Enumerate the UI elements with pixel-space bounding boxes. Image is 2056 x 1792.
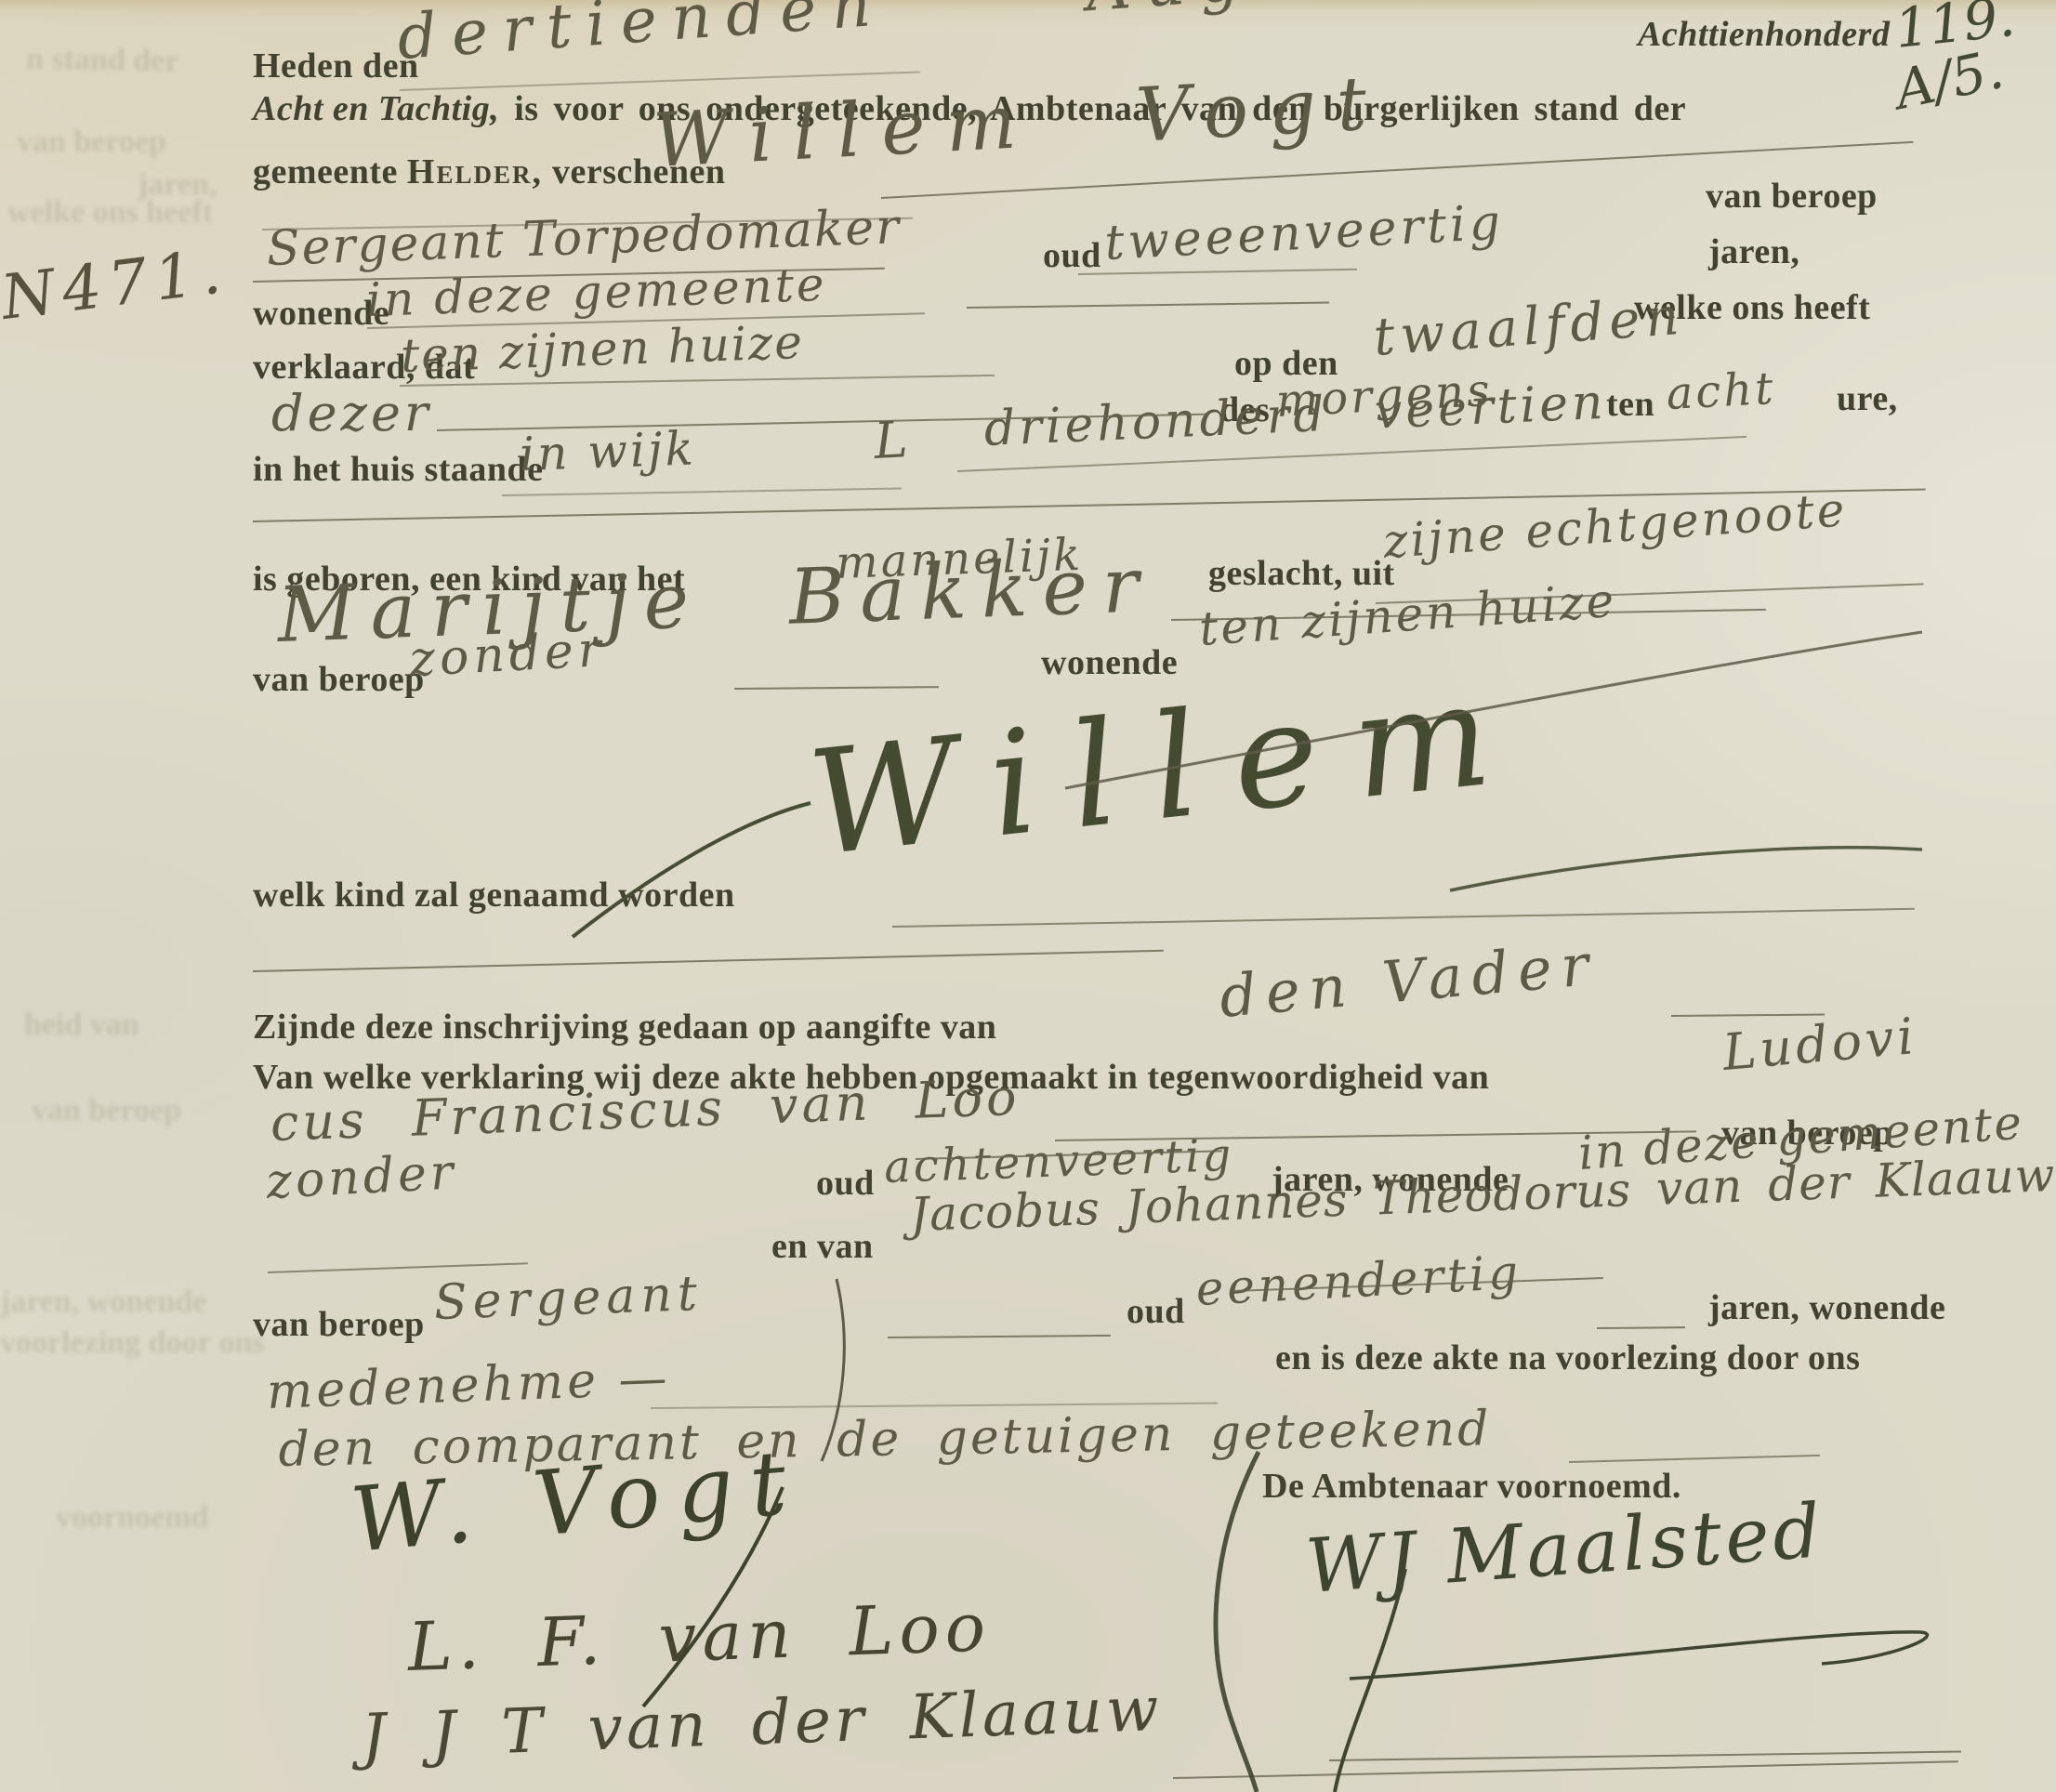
hw-age: tweeenveertig: [1103, 199, 1505, 268]
label-ten: ten: [1606, 387, 1654, 422]
hw-witness2-occupation: Sergeant: [433, 1270, 703, 1327]
rule-after-witness2-age: [1597, 1326, 1685, 1329]
ghost-text: van beroep: [32, 1095, 181, 1127]
label-heden-den: Heden den: [253, 48, 419, 84]
hw-hour: acht: [1665, 366, 1776, 416]
rule-above-aangifte: [253, 950, 1164, 972]
hw-wijk-letter: L: [873, 415, 909, 467]
official-signature-bracket: [1216, 1452, 1259, 1792]
label-geslacht-uit: geslacht, uit: [1208, 556, 1395, 591]
act-number: N471.: [0, 241, 231, 329]
hw-birthday: twaalfden: [1372, 291, 1686, 364]
ghost-text: n stand der: [26, 44, 179, 78]
hw-closing-a: medenehme —: [266, 1354, 671, 1416]
ghost-text: voorlezing door ons: [0, 1327, 265, 1359]
label-gemeente: gemeente: [253, 152, 407, 191]
hw-child-name: Willem: [803, 658, 1532, 876]
hw-birthplace: ten zijnen huize: [400, 319, 804, 379]
signature-witness2: J J T van der Klaauw: [361, 1679, 1164, 1768]
hw-mother-occupation: zonder: [408, 626, 607, 684]
signature-witness1: L. F. van Loo: [406, 1593, 992, 1680]
label-oud-2: oud: [816, 1166, 875, 1201]
hw-dezer: dezer: [271, 389, 432, 439]
rule-under-wijk: [502, 487, 902, 496]
rule-after-mother-occupation: [734, 686, 939, 690]
ghost-text: heid van: [24, 1009, 139, 1041]
hw-witness1-a: Ludovi: [1720, 1011, 1918, 1078]
hw-declarant-name: Willem Vogt: [652, 66, 1389, 178]
child-name-lead-stroke: [573, 803, 811, 937]
hw-witness1-occupation: zonder: [265, 1148, 458, 1206]
label-van-beroep-4: van beroep: [253, 1307, 425, 1342]
label-oud-1: oud: [1043, 238, 1101, 273]
signature-official: WJ Maalsted: [1303, 1494, 1826, 1604]
hw-informant: den Vader: [1218, 936, 1601, 1026]
rule-bottom-upper: [1329, 1751, 1961, 1761]
label-oud-3: oud: [1127, 1294, 1185, 1329]
child-name-tail-stroke: [1450, 848, 1922, 890]
rule-under-child-name: [892, 908, 1915, 928]
hw-date: dertienden Augustus: [395, 0, 1496, 69]
label-van-beroep-1: van beroep: [1706, 178, 1878, 214]
label-jaren-wonende-2: jaren, wonende: [1708, 1290, 1945, 1325]
hw-wijk: in wijk: [519, 425, 696, 478]
ghost-text: voornoemd: [56, 1502, 208, 1534]
label-aangifte: Zijnde deze inschrijving gedaan op aangi…: [253, 1009, 996, 1045]
ghost-text: van beroep: [17, 126, 166, 158]
ghost-text: jaren, wonende: [0, 1286, 206, 1318]
birth-certificate-scan: n stand der van beroep jaren, welke ons …: [0, 0, 2056, 1792]
rule-after-residence: [967, 302, 1329, 309]
hw-witness2-age: eenendertig: [1194, 1249, 1522, 1312]
label-ambtenaar: De Ambtenaar voornoemd.: [1262, 1469, 1681, 1504]
label-wonende-2: wonende: [1041, 645, 1178, 680]
ghost-text: welke ons heeft: [7, 197, 213, 229]
label-van-beroep-2: van beroep: [253, 662, 425, 697]
label-jaren-1: jaren,: [1708, 234, 1799, 270]
rule-left-short: [268, 1262, 528, 1273]
rule-after-witness2-occupation: [888, 1335, 1111, 1338]
label-year-words: Acht en Tachtig,: [253, 89, 499, 128]
label-ure: ure,: [1837, 381, 1898, 416]
label-voorlezing: en is deze akte na voorlezing door ons: [1275, 1340, 1860, 1376]
rule-bottom-lower: [1173, 1760, 1958, 1779]
official-signature-underline-swash: [1350, 1632, 1927, 1679]
label-achttienhonderd: Achttienhonderd: [1638, 17, 1890, 52]
rule-after-closing-b: [1569, 1455, 1820, 1463]
label-en-van: en van: [771, 1229, 874, 1264]
label-huis-staande: in het huis staande: [253, 452, 544, 487]
label-welk-kind: welk kind zal genaamd worden: [253, 877, 735, 913]
label-gemeente-name: Helder,: [407, 152, 543, 191]
